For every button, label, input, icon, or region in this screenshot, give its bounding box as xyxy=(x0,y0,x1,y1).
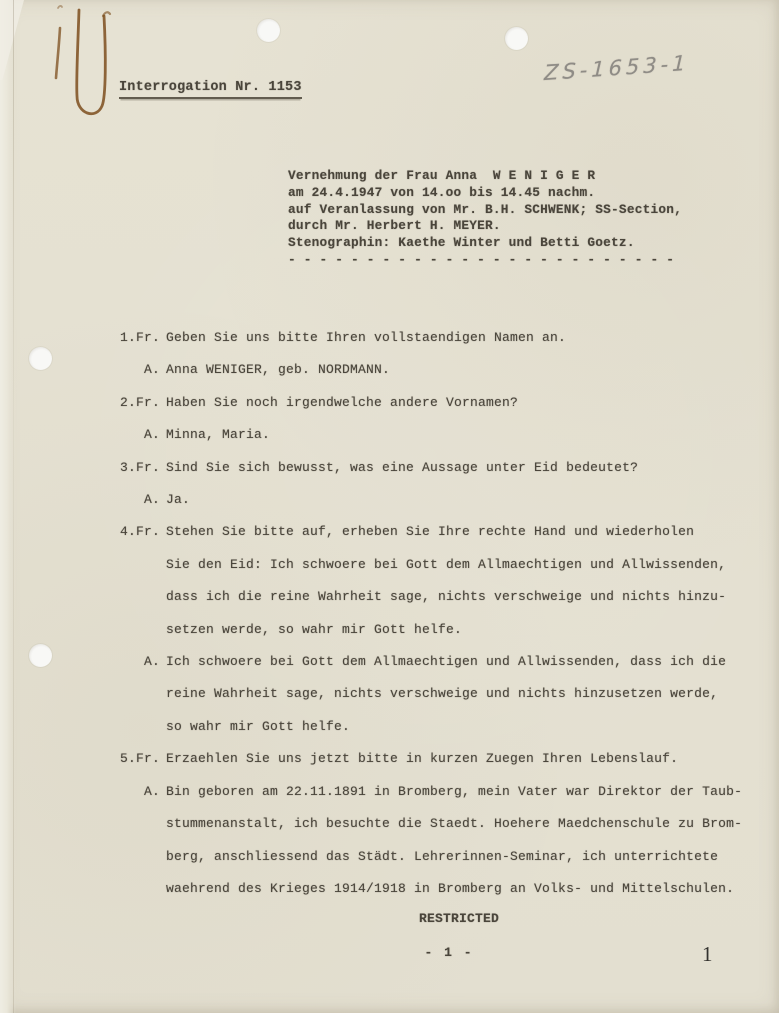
qa-item-continuation: berg, anschliessend das Städt. Lehrerinn… xyxy=(118,841,758,873)
qa-line: Erzaehlen Sie uns jetzt bitte in kurzen … xyxy=(166,743,678,775)
handwritten-archive-number: ZS-1653-1 xyxy=(544,51,690,85)
qa-line: Sie den Eid: Ich schwoere bei Gott dem A… xyxy=(166,549,726,581)
qa-label xyxy=(118,808,160,840)
qa-line: so wahr mir Gott helfe. xyxy=(166,711,350,743)
header-line: auf Veranlassung von Mr. B.H. SCHWENK; S… xyxy=(288,202,682,219)
qa-item-continuation: setzen werde, so wahr mir Gott helfe. xyxy=(118,614,758,646)
qa-label xyxy=(118,841,160,873)
qa-item-continuation: reine Wahrheit sage, nichts verschweige … xyxy=(118,678,758,710)
header-line: Stenographin: Kaethe Winter und Betti Go… xyxy=(288,235,682,252)
scanned-document-page: ZS-1653-1 Interrogation Nr. 1153 Vernehm… xyxy=(0,0,779,1013)
corner-page-number: 1 xyxy=(702,942,713,967)
paperclip-rust-stain-icon xyxy=(46,2,118,134)
qa-label: 3.Fr. xyxy=(118,452,160,484)
qa-item-continuation: dass ich die reine Wahrheit sage, nichts… xyxy=(118,581,758,613)
qa-item: 5.Fr.Erzaehlen Sie uns jetzt bitte in ku… xyxy=(118,743,758,775)
punch-hole-left-lower xyxy=(29,644,52,667)
qa-item: A.Ja. xyxy=(118,484,758,516)
punch-hole-top-right xyxy=(505,27,528,50)
qa-label: A. xyxy=(118,419,160,451)
qa-line: waehrend des Krieges 1914/1918 in Brombe… xyxy=(166,873,734,905)
qa-line: Minna, Maria. xyxy=(166,419,270,451)
document-title: Interrogation Nr. 1153 xyxy=(119,80,302,99)
qa-line: Sind Sie sich bewusst, was eine Aussage … xyxy=(166,452,638,484)
qa-label: 1.Fr. xyxy=(118,322,160,354)
qa-label: A. xyxy=(118,484,160,516)
qa-line: reine Wahrheit sage, nichts verschweige … xyxy=(166,678,718,710)
qa-line: Stehen Sie bitte auf, erheben Sie Ihre r… xyxy=(166,516,694,548)
qa-item: A.Bin geboren am 22.11.1891 in Bromberg,… xyxy=(118,776,758,808)
qa-label xyxy=(118,614,160,646)
qa-transcript: 1.Fr.Geben Sie uns bitte Ihren vollstaen… xyxy=(118,322,758,905)
header-line: - - - - - - - - - - - - - - - - - - - - … xyxy=(288,252,682,269)
qa-item: 2.Fr.Haben Sie noch irgendwelche andere … xyxy=(118,387,758,419)
qa-item-continuation: so wahr mir Gott helfe. xyxy=(118,711,758,743)
qa-item-continuation: stummenanstalt, ich besuchte die Staedt.… xyxy=(118,808,758,840)
qa-label: A. xyxy=(118,354,160,386)
header-line: Vernehmung der Frau Anna W E N I G E R xyxy=(288,168,682,185)
qa-line: Geben Sie uns bitte Ihren vollstaendigen… xyxy=(166,322,566,354)
qa-item: A.Minna, Maria. xyxy=(118,419,758,451)
qa-line: dass ich die reine Wahrheit sage, nichts… xyxy=(166,581,726,613)
qa-label xyxy=(118,549,160,581)
qa-label: A. xyxy=(118,646,160,678)
qa-label: 5.Fr. xyxy=(118,743,160,775)
qa-item: 4.Fr.Stehen Sie bitte auf, erheben Sie I… xyxy=(118,516,758,548)
qa-label xyxy=(118,581,160,613)
qa-item: 3.Fr.Sind Sie sich bewusst, was eine Aus… xyxy=(118,452,758,484)
qa-label xyxy=(118,873,160,905)
qa-line: setzen werde, so wahr mir Gott helfe. xyxy=(166,614,462,646)
qa-item: A.Ich schwoere bei Gott dem Allmaechtige… xyxy=(118,646,758,678)
qa-line: Haben Sie noch irgendwelche andere Vorna… xyxy=(166,387,518,419)
qa-item: 1.Fr.Geben Sie uns bitte Ihren vollstaen… xyxy=(118,322,758,354)
qa-line: Anna WENIGER, geb. NORDMANN. xyxy=(166,354,390,386)
classification-stamp: RESTRICTED xyxy=(419,911,499,926)
qa-label: A. xyxy=(118,776,160,808)
header-line: am 24.4.1947 von 14.oo bis 14.45 nachm. xyxy=(288,185,682,202)
qa-line: Ja. xyxy=(166,484,190,516)
qa-item: A.Anna WENIGER, geb. NORDMANN. xyxy=(118,354,758,386)
punch-hole-top-left xyxy=(257,19,280,42)
qa-line: stummenanstalt, ich besuchte die Staedt.… xyxy=(166,808,742,840)
paper-edge-crease xyxy=(13,0,14,1013)
qa-line: Bin geboren am 22.11.1891 in Bromberg, m… xyxy=(166,776,742,808)
interrogation-header-block: Vernehmung der Frau Anna W E N I G E Ram… xyxy=(288,168,682,269)
qa-line: Ich schwoere bei Gott dem Allmaechtigen … xyxy=(166,646,726,678)
qa-line: berg, anschliessend das Städt. Lehrerinn… xyxy=(166,841,718,873)
qa-label: 2.Fr. xyxy=(118,387,160,419)
qa-label: 4.Fr. xyxy=(118,516,160,548)
qa-label xyxy=(118,678,160,710)
typed-page-number: - 1 - xyxy=(424,945,473,960)
qa-label xyxy=(118,711,160,743)
qa-item-continuation: waehrend des Krieges 1914/1918 in Brombe… xyxy=(118,873,758,905)
header-line: durch Mr. Herbert H. MEYER. xyxy=(288,218,682,235)
punch-hole-left-upper xyxy=(29,347,52,370)
paper-left-edge xyxy=(0,0,30,1013)
qa-item-continuation: Sie den Eid: Ich schwoere bei Gott dem A… xyxy=(118,549,758,581)
